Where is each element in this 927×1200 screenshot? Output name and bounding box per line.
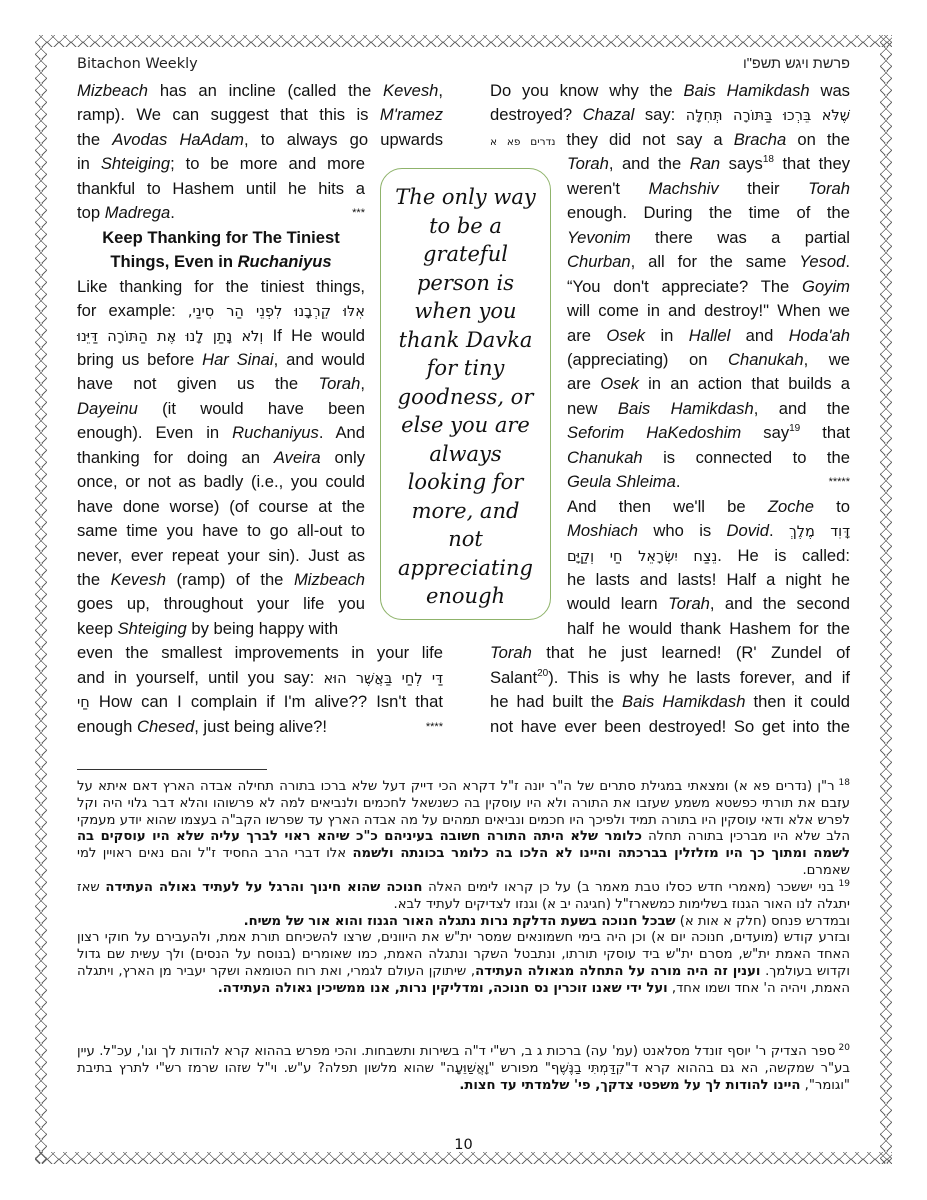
text-run: has an incline (called the — [148, 81, 383, 100]
text-run: (ramp) of the — [166, 570, 294, 589]
text-line: half he would thank Hashem for the — [567, 617, 850, 642]
pull-quote-line: The only way — [381, 183, 550, 212]
text-run: Like thanking for the tiniest things, — [77, 277, 365, 296]
text-run: in an action that builds a — [639, 374, 850, 393]
text-line: וְלֹא נָתַן לָנוּ אֶת הַתּוֹרָה דַּיֵּנו… — [77, 324, 365, 350]
italic-term: Chanukah — [567, 448, 643, 467]
text-line: same time you have to go all-out to — [77, 519, 365, 544]
text-line: never, ever repeat your sin). Just as — [77, 544, 365, 569]
hebrew-quote: דָּוִד מֶלֶךְ — [789, 524, 850, 540]
text-run: there was a partial — [631, 228, 850, 247]
text-run: to — [814, 497, 850, 516]
italic-term: Seforim HaKedoshim — [567, 423, 741, 442]
text-line: weren't Machshiv their Torah — [567, 177, 850, 202]
text-run: the — [77, 570, 111, 589]
italic-term: Madrega — [105, 203, 171, 222]
pull-quote-line: person is — [381, 269, 550, 298]
text-run: thanking for doing an — [77, 448, 274, 467]
text-line: נדרים פא א they did not say a Bracha on … — [490, 128, 850, 155]
text-run: , — [360, 374, 365, 393]
italic-term: Geula Shleima — [567, 472, 676, 491]
text-line: enough). Even in Ruchaniyus. And — [77, 421, 365, 446]
text-line: Geula Shleima.***** — [567, 470, 850, 495]
parsha-title: פרשת ויגש תשפ"ו — [743, 56, 850, 72]
italic-term: Torah — [808, 179, 850, 198]
text-run: are — [567, 374, 600, 393]
text-run: goes up, throughout your life you — [77, 594, 365, 613]
text-run: ramp). We can suggest that this is — [77, 105, 380, 124]
pull-quote-line: always — [381, 440, 550, 469]
italic-term: Torah — [319, 374, 361, 393]
hebrew-quote: אִלּוּ קֵרְבָנוּ לִפְנֵי הַר סִינַי, — [188, 304, 365, 320]
italic-term: Chazal — [583, 105, 635, 124]
text-line: have not given us the Torah, — [77, 372, 365, 397]
text-line: are Osek in Hallel and Hoda'ah — [567, 324, 850, 349]
text-line: have done worse) (of course at the — [77, 495, 365, 520]
pull-quote-line: more, and — [381, 497, 550, 526]
text-run: say: — [634, 105, 686, 124]
text-run: (appreciating) on — [567, 350, 728, 369]
italic-term: Torah — [668, 594, 710, 613]
text-run: , to always go upwards — [244, 130, 443, 149]
text-run: weren't — [567, 179, 649, 198]
text-line: Dayeinu (it would have been — [77, 397, 365, 422]
text-line: new Bais Hamikdash, and the — [567, 397, 850, 422]
text-line: Yevonim there was a partial — [567, 226, 850, 251]
text-line: Do you know why the Bais Hamikdash was — [490, 79, 850, 104]
italic-term: Ran — [690, 154, 720, 173]
text-line: נֵצַח יִשְׂרָאֵל חַי וְקַיָּם. He is cal… — [567, 544, 850, 570]
text-run: even the smallest improvements in your l… — [77, 643, 443, 662]
text-line: even the smallest improvements in your l… — [77, 641, 443, 666]
footnote-number: 20 — [835, 1043, 850, 1053]
italic-term: Churban — [567, 252, 631, 271]
italic-term: Machshiv — [649, 179, 719, 198]
text-run: thankful to Hashem until he hits a — [77, 179, 365, 198]
text-run: who is — [638, 521, 727, 540]
text-line: not have ever been destroyed! So get int… — [490, 715, 850, 740]
text-run: , and the — [609, 154, 690, 173]
text-line: Keep Thanking for The Tiniest — [77, 226, 365, 251]
text-line: thankful to Hashem until he hits a — [77, 177, 365, 202]
text-run: was — [810, 81, 850, 100]
footnote-number: 18 — [835, 778, 850, 788]
text-line: Salant20). This is why he lasts forever,… — [490, 666, 850, 691]
text-run: enough — [77, 717, 137, 736]
italic-term: Dayeinu — [77, 399, 138, 418]
footnote-ref: 19 — [789, 423, 800, 434]
italic-term: Shteiging — [118, 619, 187, 638]
footnote-emphasis: חנוכה שהוא חינוך והרגל על לעתיד גאולה הע… — [105, 880, 422, 895]
text-run: Keep Thanking for The Tiniest — [102, 228, 340, 247]
italic-term: Hoda'ah — [789, 326, 850, 345]
text-run: (it would have been — [138, 399, 365, 418]
pull-quote-line: for tiny — [381, 354, 550, 383]
text-run: their — [719, 179, 808, 198]
publication-title: Bitachon Weekly — [77, 56, 198, 72]
text-run: in — [77, 154, 101, 173]
italic-term: Bais Hamikdash — [622, 692, 745, 711]
text-run: bring us before — [77, 350, 202, 369]
page-number: 10 — [0, 1137, 927, 1153]
footnote-text: בני יששכר (מאמרי חדש כסלו טבת מאמר ב) על… — [422, 880, 834, 895]
text-run: half he would thank Hashem for the — [567, 619, 850, 638]
text-run: enough. During the time of the — [567, 203, 850, 222]
footnote-ref: 18 — [763, 154, 774, 165]
text-line: Chanukah is connected to the — [567, 446, 850, 471]
italic-term: Aveira — [274, 448, 321, 467]
italic-term: Torah — [567, 154, 609, 173]
text-run: . — [845, 252, 850, 271]
italic-term: Yevonim — [567, 228, 631, 247]
text-line: Moshiach who is Dovid. דָּוִד מֶלֶךְ — [567, 519, 850, 545]
text-run: . — [676, 472, 681, 491]
pull-quote-line: else you are — [381, 411, 550, 440]
text-run: . — [769, 521, 789, 540]
footnote-separator — [77, 769, 267, 770]
italic-term: M'ramez — [380, 105, 443, 124]
text-run: . He is called: — [717, 546, 850, 565]
text-run: . — [170, 203, 175, 222]
text-run: not have ever been destroyed! So get int… — [490, 717, 850, 736]
text-run: have done worse) (of course at the — [77, 497, 365, 516]
italic-term: Har Sinai — [202, 350, 274, 369]
text-run: top — [77, 203, 105, 222]
text-run: , just being alive?! — [194, 717, 327, 736]
italic-term: Bais Hamikdash — [684, 81, 810, 100]
text-run: would learn — [567, 594, 668, 613]
text-line: he lasts and lasts! Half a night he — [567, 568, 850, 593]
text-run: the — [77, 130, 112, 149]
text-run: by being happy with — [187, 619, 338, 638]
text-run: and in yourself, until you say: — [77, 668, 323, 687]
text-line: ramp). We can suggest that this is M'ram… — [77, 103, 443, 128]
hebrew-quote: דַּי לְחַי בַּאֲשֶׁר הוּא — [323, 671, 443, 687]
text-run: If He would — [263, 326, 365, 345]
italic-term: Shteiging — [101, 154, 170, 173]
pull-quote-line: appreciating — [381, 554, 550, 583]
text-run: that they — [774, 154, 850, 173]
text-line: he had built the Bais Hamikdash then it … — [490, 690, 850, 715]
text-line: Torah, and the Ran says18 that they — [567, 152, 850, 177]
italic-term: Moshiach — [567, 521, 638, 540]
italic-term: Avodas HaAdam — [112, 130, 244, 149]
text-run: and — [730, 326, 788, 345]
italic-term: Dovid — [727, 521, 769, 540]
italic-term: Bracha — [734, 130, 787, 149]
text-run: have not given us the — [77, 374, 319, 393]
text-run: “You don't appreciate? The — [567, 277, 802, 296]
text-run: then it could — [745, 692, 850, 711]
italic-term: Hallel — [689, 326, 731, 345]
text-line: Churban, all for the same Yesod. — [567, 250, 850, 275]
footnote-19: 19 בני יששכר (מאמרי חדש כסלו טבת מאמר ב)… — [77, 880, 850, 998]
italic-term: Osek — [606, 326, 645, 345]
text-run: same time you have to go all-out to — [77, 521, 365, 540]
text-line: for example: אִלּוּ קֵרְבָנוּ לִפְנֵי הַ… — [77, 299, 365, 325]
footnote-emphasis: ועל ידי שאנו זוכרין נס חנוכה, ומדליקין נ… — [218, 981, 668, 996]
text-run: for example: — [77, 301, 188, 320]
pull-quote-line: to be a — [381, 212, 550, 241]
text-run: only — [321, 448, 365, 467]
text-line: Mizbeach has an incline (called the Keve… — [77, 79, 443, 104]
text-line: once, or not as badly (i.e., you could — [77, 470, 365, 495]
italic-term: Mizbeach — [77, 81, 148, 100]
italic-term: Mizbeach — [294, 570, 365, 589]
text-run: once, or not as badly (i.e., you could — [77, 472, 365, 491]
text-run: , and the second — [710, 594, 850, 613]
text-run: they did not say a — [555, 130, 733, 149]
text-line: will come in and destroy!" When we — [567, 299, 850, 324]
italic-term: Ruchaniyus — [232, 423, 319, 442]
footnote-20: 20 ספר הצדיק ר' יוסף זונדל מסלאנט (עמ' ע… — [77, 1044, 850, 1094]
hebrew-source-ref: נדרים פא א — [490, 136, 555, 148]
text-line: keep Shteiging by being happy with — [77, 617, 365, 642]
hebrew-quote: חַי — [77, 695, 90, 711]
text-run: in — [645, 326, 689, 345]
italic-term: Chesed — [137, 717, 194, 736]
text-run: that — [800, 423, 850, 442]
text-line: enough Chesed, just being alive?!**** — [77, 715, 443, 740]
text-run: enough). Even in — [77, 423, 232, 442]
pull-quote-line: not — [381, 525, 550, 554]
hebrew-quote: שֶׁלֹּא בֵּרְכוּ בַּתּוֹרָה תְּחִלָּה — [686, 108, 850, 124]
text-line: “You don't appreciate? The Goyim — [567, 275, 850, 300]
text-line: Like thanking for the tiniest things, — [77, 275, 365, 300]
decorative-border-right — [880, 35, 892, 1164]
pull-quote-line: thank Davka — [381, 326, 550, 355]
footnote-18: 18 ר"ן (נדרים פא א) ומצאתי במגילת סתרים … — [77, 779, 850, 880]
text-run: say — [741, 423, 789, 442]
italic-term: Ruchaniyus — [238, 252, 332, 271]
italic-term: Torah — [490, 643, 532, 662]
text-line: Seforim HaKedoshim say19 that — [567, 421, 850, 446]
text-run: keep — [77, 619, 118, 638]
pull-quote-line: looking for — [381, 468, 550, 497]
text-run: Salant — [490, 668, 537, 687]
text-run: will come in and destroy!" When we — [567, 301, 850, 320]
text-run: on the — [786, 130, 850, 149]
footnote-emphasis: היינו להודות לך על משפטי צדקך, פי' שלמדת… — [459, 1078, 800, 1093]
text-run: new — [567, 399, 618, 418]
italic-term: Chanukah — [728, 350, 804, 369]
italic-term: Kevesh — [111, 570, 166, 589]
italic-term: Osek — [600, 374, 639, 393]
text-line: thanking for doing an Aveira only — [77, 446, 365, 471]
decorative-border-top — [35, 35, 892, 47]
text-line: חַי How can I complain if I'm alive?? Is… — [77, 690, 443, 716]
italic-term: Zoche — [768, 497, 814, 516]
footnote-text: ובמדרש פנחס (חלק א אות א) — [676, 914, 850, 929]
footnote-number: 19 — [834, 879, 850, 889]
text-run: How can I complain if I'm alive?? Isn't … — [90, 692, 443, 711]
text-run: , we — [804, 350, 850, 369]
text-run: , — [438, 81, 443, 100]
italic-term: Kevesh — [383, 81, 438, 100]
text-line: in Shteiging; to be more and more — [77, 152, 365, 177]
text-run: , all for the same — [631, 252, 800, 271]
text-line: the Avodas HaAdam, to always go upwards — [77, 128, 443, 153]
text-line: (appreciating) on Chanukah, we — [567, 348, 850, 373]
text-line: are Osek in an action that builds a — [567, 372, 850, 397]
text-run: , and the — [754, 399, 850, 418]
text-run: destroyed? — [490, 105, 583, 124]
hebrew-quote: נֵצַח יִשְׂרָאֵל חַי וְקַיָּם — [567, 549, 717, 565]
text-run: says — [720, 154, 763, 173]
text-run: is connected to the — [643, 448, 850, 467]
section-divider-stars: ***** — [829, 470, 850, 495]
italic-term: Yesod — [799, 252, 845, 271]
section-divider-stars: **** — [426, 715, 443, 740]
text-run: never, ever repeat your sin). Just as — [77, 546, 365, 565]
decorative-border-left — [35, 35, 47, 1164]
text-line: bring us before Har Sinai, and would — [77, 348, 365, 373]
text-run: . And — [319, 423, 365, 442]
text-line: Things, Even in Ruchaniyus — [77, 250, 365, 275]
text-run: , and would — [274, 350, 365, 369]
decorative-border-bottom — [35, 1152, 892, 1164]
text-line: goes up, throughout your life you — [77, 592, 365, 617]
text-run: he lasts and lasts! Half a night he — [567, 570, 850, 589]
pull-quote-line: goodness, or — [381, 383, 550, 412]
text-run: Do you know why the — [490, 81, 684, 100]
text-run: that he just learned! (R' Zundel of — [532, 643, 850, 662]
text-run: Things, Even in — [110, 252, 237, 271]
footnote-emphasis: וענין זה היה מורה על התחלה מגאולה העתידה — [475, 964, 760, 979]
pull-quote-line: grateful — [381, 240, 550, 269]
text-run: And then we'll be — [567, 497, 768, 516]
text-line: would learn Torah, and the second — [567, 592, 850, 617]
pull-quote-box: The only wayto be agratefulperson iswhen… — [380, 168, 551, 620]
pull-quote-line: when you — [381, 297, 550, 326]
text-run: ). This is why he lasts forever, and if — [548, 668, 850, 687]
text-run: ; to be more and more — [170, 154, 365, 173]
hebrew-quote: וְלֹא נָתַן לָנוּ אֶת הַתּוֹרָה דַּיֵּנו… — [77, 329, 263, 345]
text-line: and in yourself, until you say: דַּי לְח… — [77, 666, 443, 692]
text-run: he had built the — [490, 692, 622, 711]
italic-term: Bais Hamikdash — [618, 399, 754, 418]
footnote-ref: 20 — [537, 668, 548, 679]
text-line: And then we'll be Zoche to — [567, 495, 850, 520]
text-line: enough. During the time of the — [567, 201, 850, 226]
text-line: top Madrega.*** — [77, 201, 365, 226]
italic-term: Goyim — [802, 277, 850, 296]
text-run: are — [567, 326, 606, 345]
text-line: destroyed? Chazal say: שֶׁלֹּא בֵּרְכוּ … — [490, 103, 850, 129]
pull-quote-line: enough — [381, 582, 550, 611]
text-line: Torah that he just learned! (R' Zundel o… — [490, 641, 850, 666]
section-divider-stars: *** — [352, 201, 365, 226]
footnote-emphasis: שבכל חנוכה בשעת הדלקת נרות נתגלה האור הג… — [244, 914, 676, 929]
text-line: the Kevesh (ramp) of the Mizbeach — [77, 568, 365, 593]
